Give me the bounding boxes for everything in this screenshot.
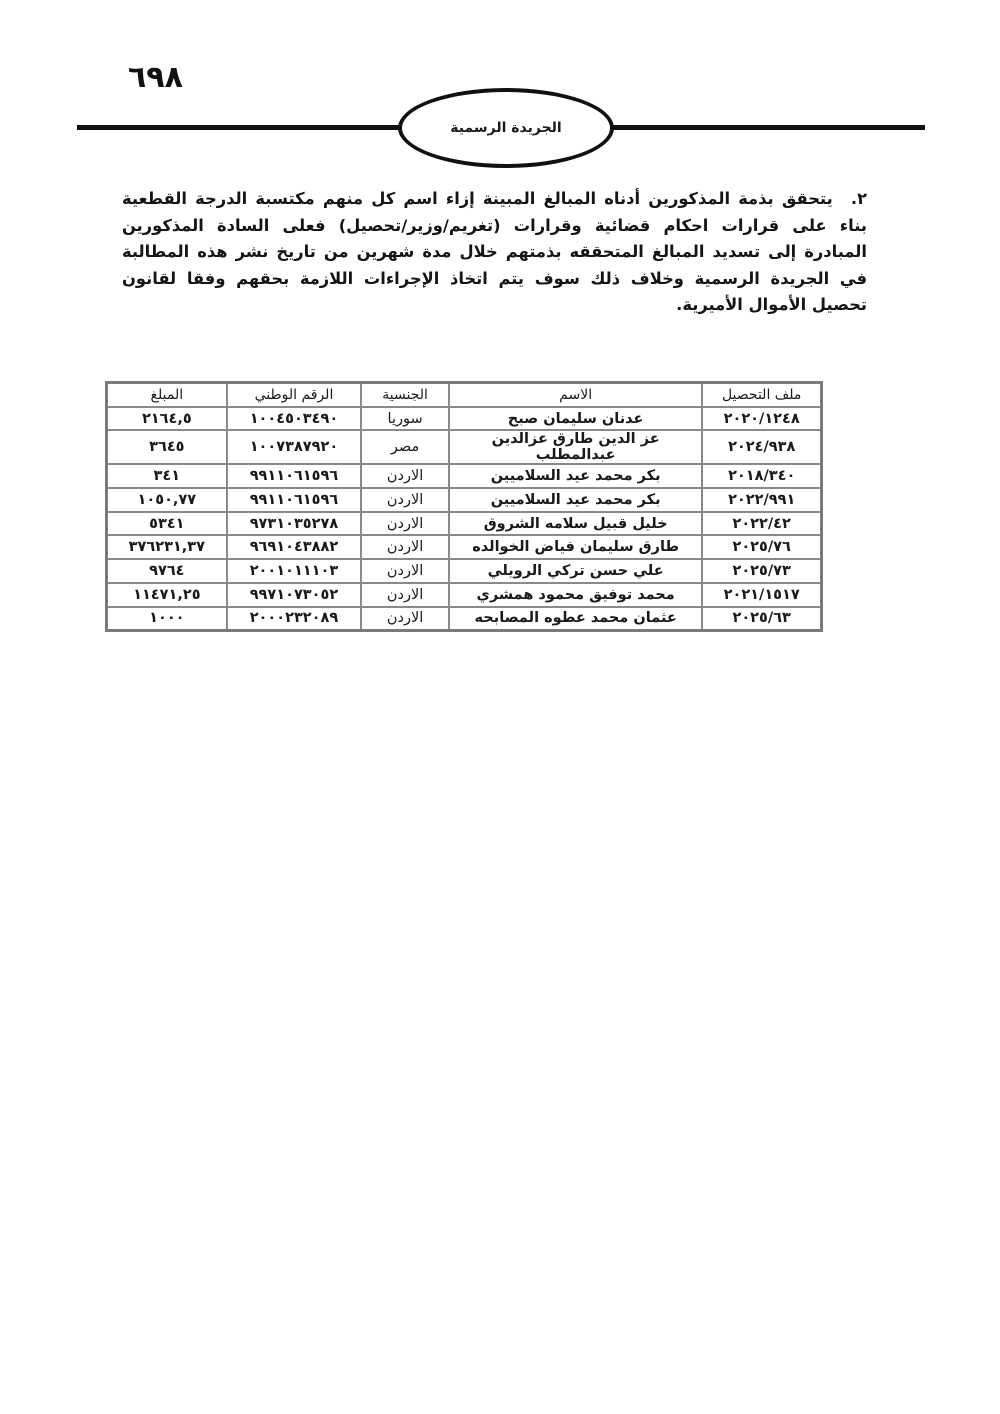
column-header-amount: المبلغ	[107, 383, 227, 407]
cell-file: ٢٠٢٢/٤٢	[702, 512, 821, 536]
cell-nationality: الاردن	[361, 488, 449, 512]
publication-title: الجريدة الرسمية	[450, 120, 561, 136]
cell-name: بكر محمد عيد السلاميين	[449, 464, 702, 488]
cell-national-id: ٩٧٣١٠٣٥٢٧٨	[227, 512, 362, 536]
cell-amount: ١٠٥٠,٧٧	[107, 488, 227, 512]
collections-table: ملف التحصيل الاسم الجنسية الرقم الوطني ا…	[105, 381, 823, 632]
cell-name: عدنان سليمان صبح	[449, 407, 702, 431]
cell-national-id: ١٠٠٤٥٠٣٤٩٠	[227, 407, 362, 431]
header-rule-right	[612, 125, 925, 130]
masthead-oval: الجريدة الرسمية	[398, 88, 614, 168]
cell-file: ٢٠٢٢/٩٩١	[702, 488, 821, 512]
cell-nationality: الاردن	[361, 607, 449, 631]
table-row: ٢٠٢٥/٦٣ عثمان محمد عطوه المصابحه الاردن …	[107, 607, 822, 631]
table-row: ٢٠٢١/١٥١٧ محمد توفيق محمود همشري الاردن …	[107, 583, 822, 607]
cell-name: علي حسن تركي الرويلي	[449, 559, 702, 583]
table-row: ٢٠٢٠/١٢٤٨ عدنان سليمان صبح سوريا ١٠٠٤٥٠٣…	[107, 407, 822, 431]
notice-text: يتحقق بذمة المذكورين أدناه المبالغ المبي…	[122, 189, 867, 314]
cell-name: عز الدين طارق عزالدين عبدالمطلب	[449, 430, 702, 464]
cell-national-id: ١٠٠٧٣٨٧٩٢٠	[227, 430, 362, 464]
cell-national-id: ٩٩٧١٠٧٣٠٥٢	[227, 583, 362, 607]
cell-amount: ٥٣٤١	[107, 512, 227, 536]
cell-amount: ٣٦٤٥	[107, 430, 227, 464]
cell-file: ٢٠٢٥/٧٣	[702, 559, 821, 583]
column-header-file: ملف التحصيل	[702, 383, 821, 407]
cell-file: ٢٠٢٠/١٢٤٨	[702, 407, 821, 431]
cell-file: ٢٠٢٥/٧٦	[702, 535, 821, 559]
cell-file: ٢٠٢٥/٦٣	[702, 607, 821, 631]
column-header-name: الاسم	[449, 383, 702, 407]
cell-name: بكر محمد عيد السلاميين	[449, 488, 702, 512]
notice-item-number: ٢.	[851, 189, 867, 208]
cell-name: خليل قبيل سلامه الشروق	[449, 512, 702, 536]
table-row: ٢٠٢٢/٤٢ خليل قبيل سلامه الشروق الاردن ٩٧…	[107, 512, 822, 536]
cell-amount: ٣٤١	[107, 464, 227, 488]
cell-amount: ٣٧٦٢٣١,٣٧	[107, 535, 227, 559]
cell-national-id: ٢٠٠١٠١١١٠٣	[227, 559, 362, 583]
cell-nationality: سوريا	[361, 407, 449, 431]
table-header-row: ملف التحصيل الاسم الجنسية الرقم الوطني ا…	[107, 383, 822, 407]
column-header-nationality: الجنسية	[361, 383, 449, 407]
notice-paragraph: ٢. يتحقق بذمة المذكورين أدناه المبالغ ال…	[122, 186, 867, 319]
cell-national-id: ٩٦٩١٠٤٣٨٨٢	[227, 535, 362, 559]
cell-national-id: ٩٩١١٠٦١٥٩٦	[227, 464, 362, 488]
cell-amount: ١١٤٧١,٢٥	[107, 583, 227, 607]
cell-file: ٢٠٢٤/٩٣٨	[702, 430, 821, 464]
cell-amount: ٩٧٦٤	[107, 559, 227, 583]
cell-amount: ٢١٦٤,٥	[107, 407, 227, 431]
table-row: ٢٠٢٥/٧٣ علي حسن تركي الرويلي الاردن ٢٠٠١…	[107, 559, 822, 583]
cell-file: ٢٠١٨/٣٤٠	[702, 464, 821, 488]
cell-name: طارق سليمان فياض الخوالده	[449, 535, 702, 559]
page-number: ٦٩٨	[128, 60, 183, 95]
cell-nationality: مصر	[361, 430, 449, 464]
cell-nationality: الاردن	[361, 535, 449, 559]
table-row: ٢٠٢٥/٧٦ طارق سليمان فياض الخوالده الاردن…	[107, 535, 822, 559]
cell-nationality: الاردن	[361, 464, 449, 488]
cell-amount: ١٠٠٠	[107, 607, 227, 631]
header-rule-left	[77, 125, 402, 130]
table-row: ٢٠٢٤/٩٣٨ عز الدين طارق عزالدين عبدالمطلب…	[107, 430, 822, 464]
cell-nationality: الاردن	[361, 583, 449, 607]
cell-name: محمد توفيق محمود همشري	[449, 583, 702, 607]
cell-file: ٢٠٢١/١٥١٧	[702, 583, 821, 607]
table-row: ٢٠١٨/٣٤٠ بكر محمد عيد السلاميين الاردن ٩…	[107, 464, 822, 488]
column-header-national-id: الرقم الوطني	[227, 383, 362, 407]
cell-national-id: ٢٠٠٠٢٣٢٠٨٩	[227, 607, 362, 631]
table-row: ٢٠٢٢/٩٩١ بكر محمد عيد السلاميين الاردن ٩…	[107, 488, 822, 512]
cell-national-id: ٩٩١١٠٦١٥٩٦	[227, 488, 362, 512]
cell-name: عثمان محمد عطوه المصابحه	[449, 607, 702, 631]
cell-nationality: الاردن	[361, 559, 449, 583]
cell-nationality: الاردن	[361, 512, 449, 536]
